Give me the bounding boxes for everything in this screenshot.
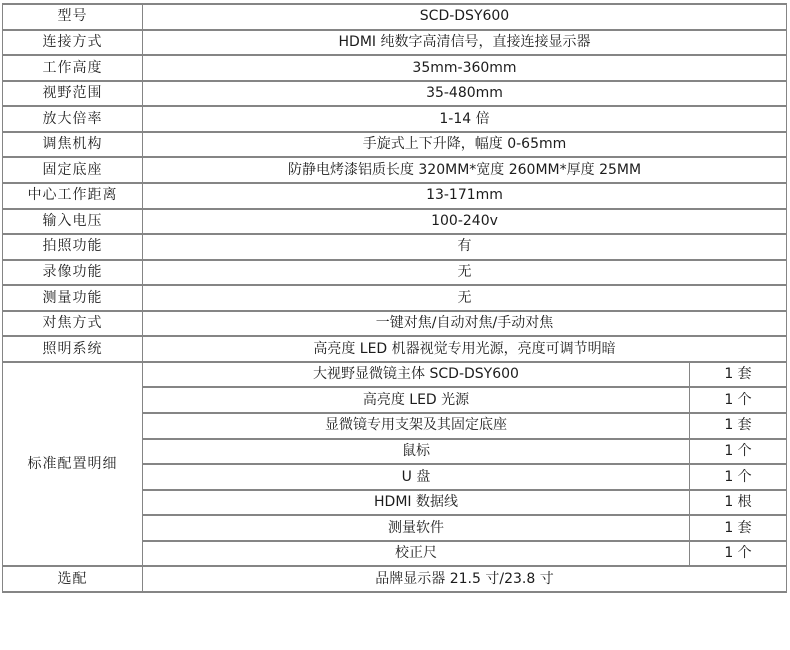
table-row-lighting-system: 照明系统 高亮度 LED 机器视觉专用光源，亮度可调节明暗 [3, 336, 787, 362]
spec-label-model: 型号 [3, 4, 143, 30]
table-row-working-height: 工作高度 35mm-360mm [3, 55, 787, 81]
spec-value-field-of-view: 35-480mm [143, 81, 787, 107]
spec-label-connection: 连接方式 [3, 30, 143, 56]
spec-label-fixed-base: 固定底座 [3, 157, 143, 183]
config-item-qty: 1 个 [690, 387, 787, 413]
spec-label-focus-mode: 对焦方式 [3, 311, 143, 337]
spec-label-photo-function: 拍照功能 [3, 234, 143, 260]
config-item-qty: 1 个 [690, 541, 787, 567]
table-row-fixed-base: 固定底座 防静电烤漆铝质长度 320MM*宽度 260MM*厚度 25MM [3, 157, 787, 183]
table-row-focus-mode: 对焦方式 一键对焦/自动对焦/手动对焦 [3, 311, 787, 337]
config-item-name: 高亮度 LED 光源 [143, 387, 690, 413]
table-row-model: 型号 SCD-DSY600 [3, 4, 787, 30]
table-row-connection: 连接方式 HDMI 纯数字高清信号，直接连接显示器 [3, 30, 787, 56]
spec-label-focus-mechanism: 调焦机构 [3, 132, 143, 158]
spec-label-field-of-view: 视野范围 [3, 81, 143, 107]
spec-value-model: SCD-DSY600 [143, 4, 787, 30]
table-row-magnification: 放大倍率 1-14 倍 [3, 106, 787, 132]
config-item-name: U 盘 [143, 464, 690, 490]
spec-value-center-working-distance: 13-171mm [143, 183, 787, 209]
spec-label-magnification: 放大倍率 [3, 106, 143, 132]
config-item-qty: 1 套 [690, 515, 787, 541]
spec-label-input-voltage: 输入电压 [3, 209, 143, 235]
spec-label-video-function: 录像功能 [3, 260, 143, 286]
spec-value-working-height: 35mm-360mm [143, 55, 787, 81]
config-item-name: HDMI 数据线 [143, 490, 690, 516]
spec-value-focus-mechanism: 手旋式上下升降，幅度 0-65mm [143, 132, 787, 158]
spec-label-working-height: 工作高度 [3, 55, 143, 81]
table-row-optional: 选配 品牌显示器 21.5 寸/23.8 寸 [3, 566, 787, 592]
config-section-label: 标准配置明细 [3, 362, 143, 567]
table-row-video-function: 录像功能 无 [3, 260, 787, 286]
config-item-name: 显微镜专用支架及其固定底座 [143, 413, 690, 439]
spec-value-measure-function: 无 [143, 285, 787, 311]
config-item-name: 鼠标 [143, 439, 690, 465]
table-row-config-item: 标准配置明细 大视野显微镜主体 SCD-DSY600 1 套 [3, 362, 787, 388]
config-item-qty: 1 套 [690, 362, 787, 388]
spec-value-focus-mode: 一键对焦/自动对焦/手动对焦 [143, 311, 787, 337]
optional-label: 选配 [3, 566, 143, 592]
spec-sheet: 型号 SCD-DSY600 连接方式 HDMI 纯数字高清信号，直接连接显示器 … [0, 0, 790, 593]
config-item-name: 大视野显微镜主体 SCD-DSY600 [143, 362, 690, 388]
config-item-qty: 1 个 [690, 439, 787, 465]
config-item-qty: 1 套 [690, 413, 787, 439]
spec-value-connection: HDMI 纯数字高清信号，直接连接显示器 [143, 30, 787, 56]
table-row-field-of-view: 视野范围 35-480mm [3, 81, 787, 107]
spec-label-measure-function: 测量功能 [3, 285, 143, 311]
table-row-input-voltage: 输入电压 100-240v [3, 209, 787, 235]
spec-value-lighting-system: 高亮度 LED 机器视觉专用光源，亮度可调节明暗 [143, 336, 787, 362]
spec-label-center-working-distance: 中心工作距离 [3, 183, 143, 209]
config-item-qty: 1 根 [690, 490, 787, 516]
optional-value: 品牌显示器 21.5 寸/23.8 寸 [143, 566, 787, 592]
spec-value-input-voltage: 100-240v [143, 209, 787, 235]
config-item-name: 校正尺 [143, 541, 690, 567]
table-row-measure-function: 测量功能 无 [3, 285, 787, 311]
spec-value-video-function: 无 [143, 260, 787, 286]
spec-value-photo-function: 有 [143, 234, 787, 260]
table-row-focus-mechanism: 调焦机构 手旋式上下升降，幅度 0-65mm [3, 132, 787, 158]
product-spec-table: 型号 SCD-DSY600 连接方式 HDMI 纯数字高清信号，直接连接显示器 … [2, 3, 787, 593]
config-item-qty: 1 个 [690, 464, 787, 490]
table-row-photo-function: 拍照功能 有 [3, 234, 787, 260]
config-item-name: 测量软件 [143, 515, 690, 541]
spec-label-lighting-system: 照明系统 [3, 336, 143, 362]
table-row-center-working-distance: 中心工作距离 13-171mm [3, 183, 787, 209]
spec-value-fixed-base: 防静电烤漆铝质长度 320MM*宽度 260MM*厚度 25MM [143, 157, 787, 183]
spec-value-magnification: 1-14 倍 [143, 106, 787, 132]
